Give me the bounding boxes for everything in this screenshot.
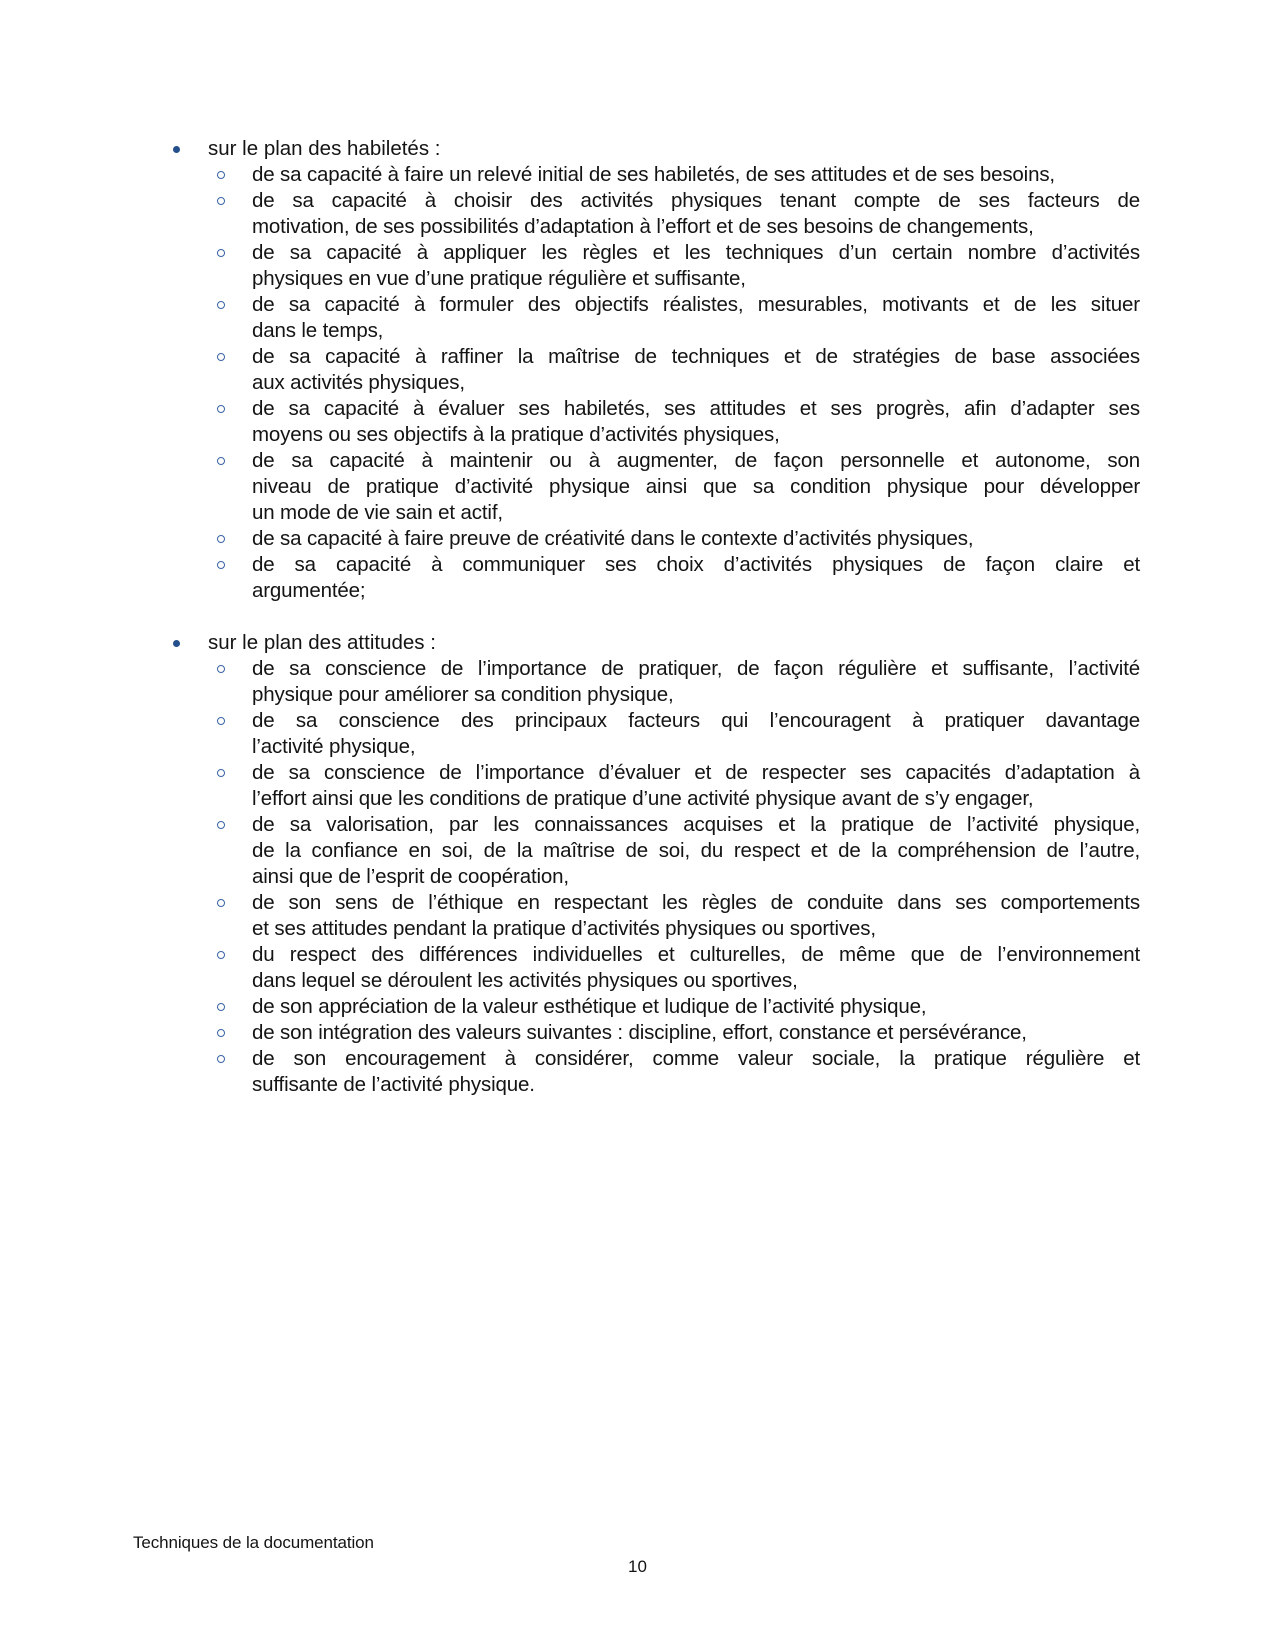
list-item: du respect des différences individuelles…	[0, 942, 1275, 994]
list-item: de sa capacité à choisir des activités p…	[0, 188, 1275, 240]
section-heading: sur le plan des attitudes :	[0, 630, 1275, 656]
sub-bullet-list: de sa conscience de l’importance de prat…	[0, 656, 1275, 1098]
list-item-line: l’effort ainsi que les conditions de pra…	[252, 786, 1140, 812]
list-item-line: de la confiance en soi, de la maîtrise d…	[252, 838, 1140, 864]
list-item: de son encouragement à considérer, comme…	[0, 1046, 1275, 1098]
list-item: de sa capacité à communiquer ses choix d…	[0, 552, 1275, 604]
list-item-line: motivation, de ses possibilités d’adapta…	[252, 214, 1140, 240]
bullet-circle-icon	[217, 171, 225, 179]
list-item-line: de sa capacité à appliquer les règles et…	[252, 240, 1140, 266]
bullet-circle-icon	[217, 197, 225, 205]
list-item-line: physique pour améliorer sa condition phy…	[252, 682, 1140, 708]
bullet-circle-icon	[217, 951, 225, 959]
list-item-line: de sa capacité à faire preuve de créativ…	[252, 526, 1140, 552]
list-item-line: de sa capacité à faire un relevé initial…	[252, 162, 1140, 188]
list-item: de son intégration des valeurs suivantes…	[0, 1020, 1275, 1046]
section-attitudes: sur le plan des attitudes : de sa consci…	[0, 630, 1275, 1098]
bullet-disc-icon	[173, 146, 180, 153]
bullet-circle-icon	[217, 899, 225, 907]
list-item-line: de son encouragement à considérer, comme…	[252, 1046, 1140, 1072]
section-habiletes: sur le plan des habiletés : de sa capaci…	[0, 136, 1275, 604]
list-item-line: de sa capacité à maintenir ou à augmente…	[252, 448, 1140, 474]
list-item-line: suffisante de l’activité physique.	[252, 1072, 1140, 1098]
list-item: de son sens de l’éthique en respectant l…	[0, 890, 1275, 942]
list-item-line: moyens ou ses objectifs à la pratique d’…	[252, 422, 1140, 448]
list-item: de sa capacité à formuler des objectifs …	[0, 292, 1275, 344]
bullet-circle-icon	[217, 457, 225, 465]
list-item-line: de sa conscience de l’importance de prat…	[252, 656, 1140, 682]
list-item: de sa capacité à maintenir ou à augmente…	[0, 448, 1275, 526]
list-item-line: de son intégration des valeurs suivantes…	[252, 1020, 1140, 1046]
list-item-line: de son sens de l’éthique en respectant l…	[252, 890, 1140, 916]
list-item: de sa capacité à faire preuve de créativ…	[0, 526, 1275, 552]
list-item: de sa valorisation, par les connaissance…	[0, 812, 1275, 890]
bullet-circle-icon	[217, 1003, 225, 1011]
list-item-line: l’activité physique,	[252, 734, 1140, 760]
document-body: sur le plan des habiletés : de sa capaci…	[0, 136, 1275, 1098]
list-item-line: de sa capacité à raffiner la maîtrise de…	[252, 344, 1140, 370]
list-item-line: argumentée;	[252, 578, 1140, 604]
bullet-circle-icon	[217, 353, 225, 361]
list-item-line: de sa capacité à communiquer ses choix d…	[252, 552, 1140, 578]
section-heading: sur le plan des habiletés :	[0, 136, 1275, 162]
list-item: de sa capacité à évaluer ses habiletés, …	[0, 396, 1275, 448]
list-item-line: de sa capacité à formuler des objectifs …	[252, 292, 1140, 318]
footer-title: Techniques de la documentation	[133, 1533, 374, 1553]
bullet-circle-icon	[217, 769, 225, 777]
list-item-line: un mode de vie sain et actif,	[252, 500, 1140, 526]
list-item-line: dans lequel se déroulent les activités p…	[252, 968, 1140, 994]
bullet-circle-icon	[217, 821, 225, 829]
list-item: de sa capacité à appliquer les règles et…	[0, 240, 1275, 292]
list-item-line: de sa capacité à évaluer ses habiletés, …	[252, 396, 1140, 422]
bullet-circle-icon	[217, 1029, 225, 1037]
bullet-circle-icon	[217, 561, 225, 569]
list-item: de sa capacité à faire un relevé initial…	[0, 162, 1275, 188]
list-item: de sa conscience de l’importance de prat…	[0, 656, 1275, 708]
bullet-circle-icon	[217, 535, 225, 543]
sub-bullet-list: de sa capacité à faire un relevé initial…	[0, 162, 1275, 604]
section-heading-text: sur le plan des attitudes :	[208, 630, 436, 656]
bullet-circle-icon	[217, 405, 225, 413]
list-item: de sa capacité à raffiner la maîtrise de…	[0, 344, 1275, 396]
list-item-line: niveau de pratique d’activité physique a…	[252, 474, 1140, 500]
bullet-circle-icon	[217, 717, 225, 725]
list-item-line: du respect des différences individuelles…	[252, 942, 1140, 968]
list-item: de sa conscience des principaux facteurs…	[0, 708, 1275, 760]
list-item-line: aux activités physiques,	[252, 370, 1140, 396]
list-item-line: physiques en vue d’une pratique régulièr…	[252, 266, 1140, 292]
list-item: de sa conscience de l’importance d’évalu…	[0, 760, 1275, 812]
page-number: 10	[0, 1557, 1275, 1577]
list-item-line: de sa conscience des principaux facteurs…	[252, 708, 1140, 734]
bullet-circle-icon	[217, 1055, 225, 1063]
list-item-line: de sa valorisation, par les connaissance…	[252, 812, 1140, 838]
list-item-line: dans le temps,	[252, 318, 1140, 344]
bullet-circle-icon	[217, 301, 225, 309]
bullet-circle-icon	[217, 249, 225, 257]
bullet-disc-icon	[173, 640, 180, 647]
list-item-line: de son appréciation de la valeur esthéti…	[252, 994, 1140, 1020]
list-item-line: ainsi que de l’esprit de coopération,	[252, 864, 1140, 890]
bullet-circle-icon	[217, 665, 225, 673]
list-item: de son appréciation de la valeur esthéti…	[0, 994, 1275, 1020]
list-item-line: de sa conscience de l’importance d’évalu…	[252, 760, 1140, 786]
list-item-line: de sa capacité à choisir des activités p…	[252, 188, 1140, 214]
list-item-line: et ses attitudes pendant la pratique d’a…	[252, 916, 1140, 942]
section-heading-text: sur le plan des habiletés :	[208, 136, 440, 162]
